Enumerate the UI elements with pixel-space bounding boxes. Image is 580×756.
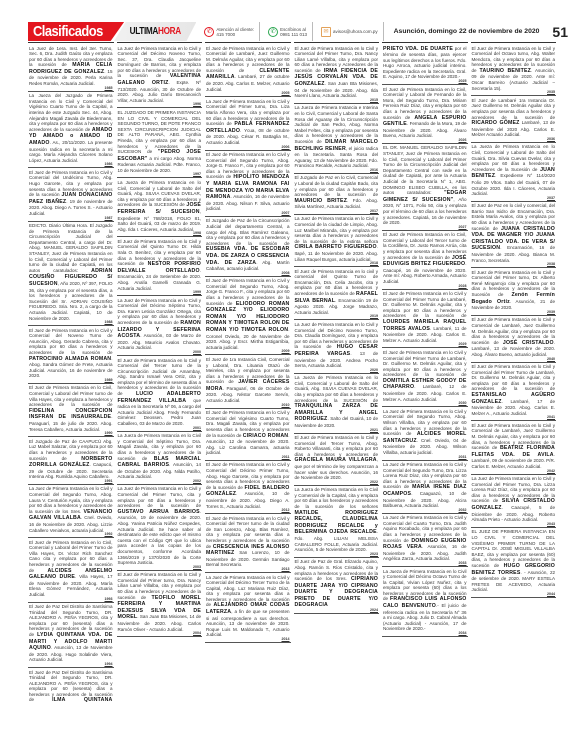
edict-notice: El Juez de Primera Instancia en lo Civil… xyxy=(205,409,291,461)
ad-code: 2024 xyxy=(295,608,379,612)
ad-code: 2020 xyxy=(295,368,379,372)
decedent-name: CIRIACO ROMAN xyxy=(243,433,289,439)
notice-text: El Juez de Primera Instancia en lo Civil… xyxy=(29,385,113,407)
ad-code: 2028 xyxy=(383,284,467,288)
ad-code: 1993 xyxy=(29,597,113,601)
page-header: Clasificados ULTIMAHORA ✆ Atención al cl… xyxy=(28,22,568,41)
edict-notice: La Juez de Primera Instancia en lo Civil… xyxy=(205,573,291,643)
edict-notice: El Juzgado de Paz de la Circunscripción … xyxy=(205,217,291,277)
edict-notice: El Juez de Primera Instancia en lo Civil… xyxy=(205,461,291,514)
column-2: La Juez de Primera Instancia en lo Civil… xyxy=(117,42,203,704)
notice-text: EDICTO. Diario Última Hora. El Juzgado d… xyxy=(29,223,113,273)
edict-notice: La Jueza de Primera Instancia en lo Civi… xyxy=(294,486,380,558)
ad-code: 2029 xyxy=(383,342,467,346)
ad-code: 1991 xyxy=(29,479,113,483)
decedent-name: FIDELINA CONCEPCION INSFRAN DE INSAURRAL… xyxy=(29,408,113,421)
edict-notice: El Juez de Primera Instancia en lo Civil… xyxy=(205,151,291,217)
decedent-name: JOSÉ CRISTALDO xyxy=(503,340,554,346)
classifieds-columns: La Juez de 1era. Inst. del 3er. Turno, S… xyxy=(28,42,556,704)
column-3: El Juez de Primera Instancia en lo Civil… xyxy=(205,42,291,704)
ad-code: 1994 xyxy=(29,662,113,666)
section-title: Clasificados xyxy=(33,23,103,40)
ad-code: 2010 xyxy=(206,403,290,407)
column-6: El Juez de Primera Instancia en lo Civil… xyxy=(471,42,557,704)
edict-notice: El Juez de Primera Instancia en lo Civil… xyxy=(382,231,468,290)
newspaper-logo: ULTIMAHORA xyxy=(114,22,196,41)
ad-code: 2007 xyxy=(206,211,290,215)
edict-notice: El Juez de Primera Instancia en lo Civil… xyxy=(471,316,557,363)
edict-notice: El Juez de Paz de Gral. Elizardo Aquino,… xyxy=(294,558,380,614)
notice-text: El Juez de Primera Instancia en lo Civil… xyxy=(472,364,556,391)
edict-notice: La Juez de Primera Instancia en lo Civil… xyxy=(117,485,203,571)
edict-notice: La Juez de 1era. Inst. del 3er. Turno, S… xyxy=(28,44,114,92)
edict-notice: El Juez de Primera Instancia en lo Civil… xyxy=(28,326,114,384)
edict-notice: La Jueza de Primera Instancia e Interina… xyxy=(294,104,380,174)
column-5: PRIETO VDA. DE DUARTE por el término de … xyxy=(382,42,468,704)
edict-notice: El Juez de Primera Instancia en lo Civil… xyxy=(117,571,203,637)
ad-code: 2015 xyxy=(295,98,379,102)
ad-code: 1997 xyxy=(118,172,202,176)
edict-notice: El Juez de Primera Instancia en lo Civil… xyxy=(382,290,468,349)
edict-notice: La Juez de Primera Instancia en lo Civil… xyxy=(28,485,114,538)
ad-code: 2042 xyxy=(472,469,556,473)
ad-code: 2023 xyxy=(295,552,379,556)
decedent-name: CIRILA BARRETO FIGUEREDO xyxy=(295,244,377,250)
edict-notice: El Juez de Primera Instancia en lo Civil… xyxy=(471,268,557,316)
ad-code: 2036 xyxy=(472,137,556,141)
notice-text-end: , Año 2020, Nº 397, FOLIO 36, cita y emp… xyxy=(29,281,113,321)
edict-notice: La Jueza de Primera Instancia en lo Civi… xyxy=(117,432,203,485)
contact-email: ✉ avisos@uhora.com.py xyxy=(321,22,384,41)
column-4: El Juez de Primera Instancia en lo Civil… xyxy=(294,42,380,704)
edict-notice: La Juez de Primera Instancia en lo Civil… xyxy=(294,215,380,267)
edict-notice: El Juez de Primera Instancia en lo Civil… xyxy=(382,85,468,144)
ad-code: 2003 xyxy=(118,565,202,569)
edict-notice: El Juzgado de Paz de CAAPUCÚ Abg. Luz Ma… xyxy=(28,437,114,485)
notice-text: El Juez de Primera Instancia en lo Civil… xyxy=(383,291,467,318)
edict-notice: El Juez de Primera Instancia en lo Civil… xyxy=(205,44,291,97)
contact-phone: ✆ Atención al cliente: 415 7000 xyxy=(204,22,260,41)
ad-code: 2019 xyxy=(295,314,379,318)
edict-notice: La Jueza de Primera Instancia en lo Civi… xyxy=(117,178,203,237)
edict-notice: La Juez de Primera Instancia en lo Civil… xyxy=(117,296,203,356)
edict-notice: El Juez de Primera Instancia en lo Civil… xyxy=(28,384,114,437)
notice-text: El Juzgado de Paz en lo Civil, Comercial… xyxy=(295,175,379,197)
edict-notice: El Juez de Lambaré 1ra Instancia Dr. Jue… xyxy=(471,96,557,143)
edict-notice: El Juez de Primera Instancia en lo Civil… xyxy=(471,44,557,96)
edict-notice: La Juez de Primera Instancia en lo Civil… xyxy=(382,461,468,514)
edict-notice: El Juez de Primera Instancia en lo Civil… xyxy=(28,168,114,221)
ad-code: 2031 xyxy=(383,455,467,459)
contact-whatsapp-number: 0981 111 013 xyxy=(280,32,307,37)
notice-text: La Juez de Primera Instancia en lo Civil… xyxy=(295,216,379,243)
column-1: La Juez de 1era. Inst. del 3er. Turno, S… xyxy=(28,42,114,704)
ad-code: 2039 xyxy=(472,310,556,314)
mail-icon: ✉ xyxy=(321,27,331,37)
logo-part-hora: HORA xyxy=(158,26,181,37)
edict-notice: EL DR. MANUEL GERALDO SAIFILDIN STANLEY,… xyxy=(382,144,468,231)
ad-code: 1985 xyxy=(29,86,113,90)
edict-notice: La Juez de Primera Instancia en lo Civil… xyxy=(117,44,203,108)
edict-notice: La Jueza de Primera Instancia en lo Civi… xyxy=(294,374,380,434)
decedent-name: MATILDE RODRIGUEZ RECALDE, CLAUDELINA RO… xyxy=(295,510,379,536)
notice-text: La Juez de Primera Instancia en lo Civil… xyxy=(118,486,202,508)
edict-notice: El Juez de Primera Instancia en lo Civil… xyxy=(205,277,291,356)
contact-whatsapp: ✆ Escríbinos al 0981 111 013 xyxy=(268,22,313,41)
ad-code: 2002 xyxy=(118,479,202,483)
edict-notice: El Juez de Primera Instancia en lo Civil… xyxy=(471,421,557,474)
ad-code: 2000 xyxy=(118,350,202,354)
decedent-name: RICARDO GÓMEZ xyxy=(472,120,520,126)
ad-code: 2040 xyxy=(472,357,556,361)
notice-text: La Jueza de Primera Instancia en lo Civi… xyxy=(295,487,379,509)
ad-code: 2011 xyxy=(206,455,290,459)
notice-text: El Juez de Primera Instancia en lo Civil… xyxy=(383,350,467,377)
bottom-margin xyxy=(0,704,580,756)
decedent-name: MAURICIO BRITEZ xyxy=(295,198,348,204)
ad-code: 2043 xyxy=(472,522,556,526)
notice-text: EL JUZGADO DE PRIMERA INSTANCIA EN LO CI… xyxy=(118,110,202,154)
ad-code: 2016 xyxy=(295,168,379,172)
ad-code: 2033 xyxy=(383,561,467,565)
ad-code: 2001 xyxy=(118,426,202,430)
edict-notice: EDICTO. Diario Última Hora. El Juzgado d… xyxy=(28,222,114,327)
dateline: Asunción, domingo 22 de noviembre de 202… xyxy=(394,28,540,35)
notice-text: El Juzgado de Paz de la Circunscripción … xyxy=(206,218,290,245)
decedent-name: GRACIELA MAURA VILLAGRA xyxy=(295,457,377,463)
ad-code: 2006 xyxy=(206,145,290,149)
ad-code: 2013 xyxy=(206,567,290,571)
edict-notice: El Juez de Primera Instancia en lo Civil… xyxy=(117,356,203,432)
edict-notice: EL JUEZ DE PRIMERA INSTANCIA EN LO CIVIL… xyxy=(471,528,557,598)
notice-text: La Jueza de Primera Instancia en lo Civi… xyxy=(295,375,379,402)
edict-notice: El Juez de Primera Instancia en lo Civil… xyxy=(382,348,468,407)
ad-code: 2044 xyxy=(472,592,556,596)
edict-notice: El Juez de Primera Instancia en lo Civil… xyxy=(117,237,203,296)
edict-notice: El Juez de Primera Instancia en lo Civil… xyxy=(471,363,557,422)
ad-code: 1996 xyxy=(118,102,202,106)
edict-notice: La Jueza del Juzgado de Primera Instanci… xyxy=(28,92,114,169)
edict-notice: El Juez de Primera Instancia en lo Civil… xyxy=(294,434,380,486)
edict-notice: La Jueza de Primera Instancia en lo Civi… xyxy=(382,567,468,637)
edict-notice: El Juez de Primera Instancia en lo civil… xyxy=(294,267,380,320)
ad-code: 2025 xyxy=(383,79,467,83)
notice-text: El Juez de Lambaré 1ra Instancia Dr. Jue… xyxy=(472,98,556,120)
edict-notice: El Juez de Primera Instancia en lo Civil… xyxy=(28,538,114,602)
page-number: 51 xyxy=(552,24,568,40)
edict-notice: El Juez de Paz en lo civil y comercial, … xyxy=(471,202,557,268)
phone-icon: ✆ xyxy=(204,27,214,37)
decedent-name: GUSTAVO ARRUA BARRIOS xyxy=(118,509,200,515)
edict-notice: La Juez de Primera Instancia en lo Civil… xyxy=(382,407,468,460)
edict-notice: PRIETO VDA. DE DUARTE por el término de … xyxy=(382,44,468,85)
edict-notice: La Juez de Primera Instancia en lo Civil… xyxy=(382,514,468,567)
ad-code: 2032 xyxy=(383,508,467,512)
ad-code: 2022 xyxy=(295,480,379,484)
decedent-name: PRIETO VDA. DE DUARTE xyxy=(383,46,453,52)
edict-notice: La Jueza de Primera Instancia en lo Civi… xyxy=(471,143,557,202)
edict-notice: El Juez de Primera Instancia en lo Civil… xyxy=(294,44,380,104)
ad-code: 2037 xyxy=(472,196,556,200)
notice-text: El Juez de Primera Instancia en lo Civil… xyxy=(29,328,113,355)
notice-text: El Juez de Primera Instancia en lo Civil… xyxy=(295,435,379,457)
edict-notice: La Juez de Primera Instancia en lo Civil… xyxy=(294,320,380,373)
edict-notice: El Juez de 1ra Instancia Civil, Comercia… xyxy=(205,355,291,408)
edict-notice: La Juez de Primera Instancia en lo Civil… xyxy=(205,97,291,150)
logo-part-ultima: ULTIMA xyxy=(130,26,158,37)
ad-code: 2014 xyxy=(206,637,290,641)
ad-code: 2034 xyxy=(383,631,467,635)
edict-notice: El Juez de Primera Instancia en lo Civil… xyxy=(205,514,291,573)
decedent-name: TAURINO BENITEZ xyxy=(480,68,532,74)
ad-code: 1987 xyxy=(29,216,113,220)
edict-notice: La Juez de Primera Instancia en lo Civil… xyxy=(471,475,557,528)
notice-text-end: . Asunción, 19 de noviembre de 2020. Abo… xyxy=(118,509,202,565)
edict-notice: El Juez de Paz Del Distrito de Santísima… xyxy=(28,668,114,704)
whatsapp-icon: ✆ xyxy=(268,27,278,37)
ad-code: 2017 xyxy=(295,209,379,213)
edict-notice: El Juzgado de Paz en lo Civil, Comercial… xyxy=(294,174,380,215)
ad-code: 2008 xyxy=(206,271,290,275)
section-banner: Clasificados xyxy=(28,22,124,41)
notice-text: EL DR. MANUEL GERALDO SAIFILDIN STANLEY,… xyxy=(383,145,467,195)
edict-notice: El Juez de Paz Del Distrito de Santísima… xyxy=(28,603,114,668)
decedent-name: PATROCINIO ALMADA ROMAN xyxy=(29,356,111,362)
ad-code: 1989 xyxy=(29,378,113,382)
edict-notice: EL JUZGADO DE PRIMERA INSTANCIA EN LO CI… xyxy=(117,108,203,178)
ad-code: 2027 xyxy=(383,225,467,229)
ad-code: 2021 xyxy=(295,428,379,432)
contact-email-address: avisos@uhora.com.py xyxy=(333,29,378,34)
contact-phone-number: 415 7000 xyxy=(216,32,235,37)
ad-code: 2009 xyxy=(206,349,290,353)
ad-code: 2026 xyxy=(383,138,467,142)
